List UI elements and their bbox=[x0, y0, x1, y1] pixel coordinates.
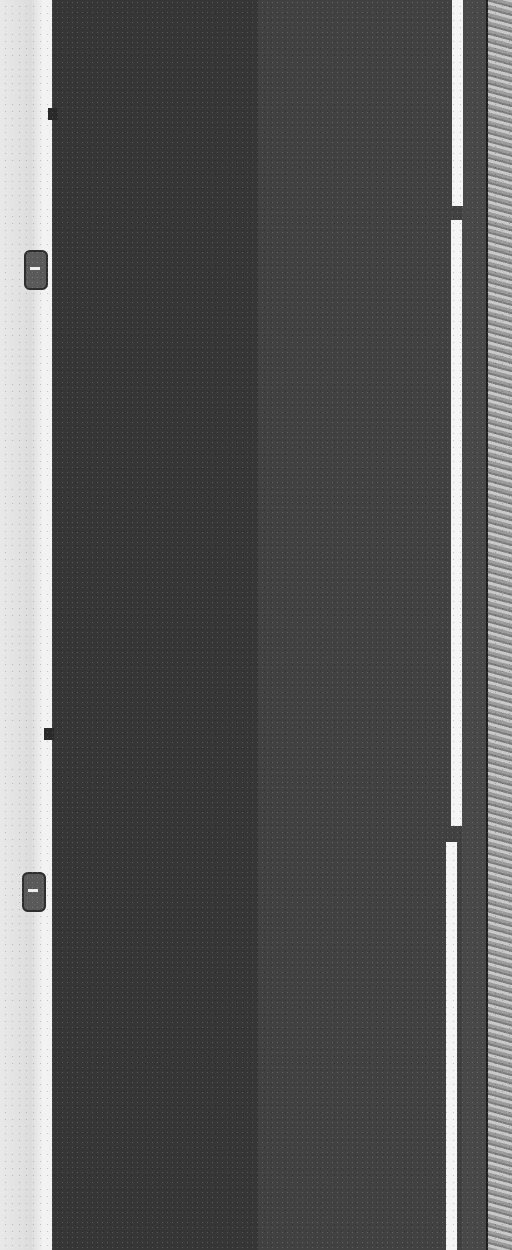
aerial-road-photo bbox=[0, 0, 512, 1250]
texture-overlay bbox=[0, 0, 512, 1250]
